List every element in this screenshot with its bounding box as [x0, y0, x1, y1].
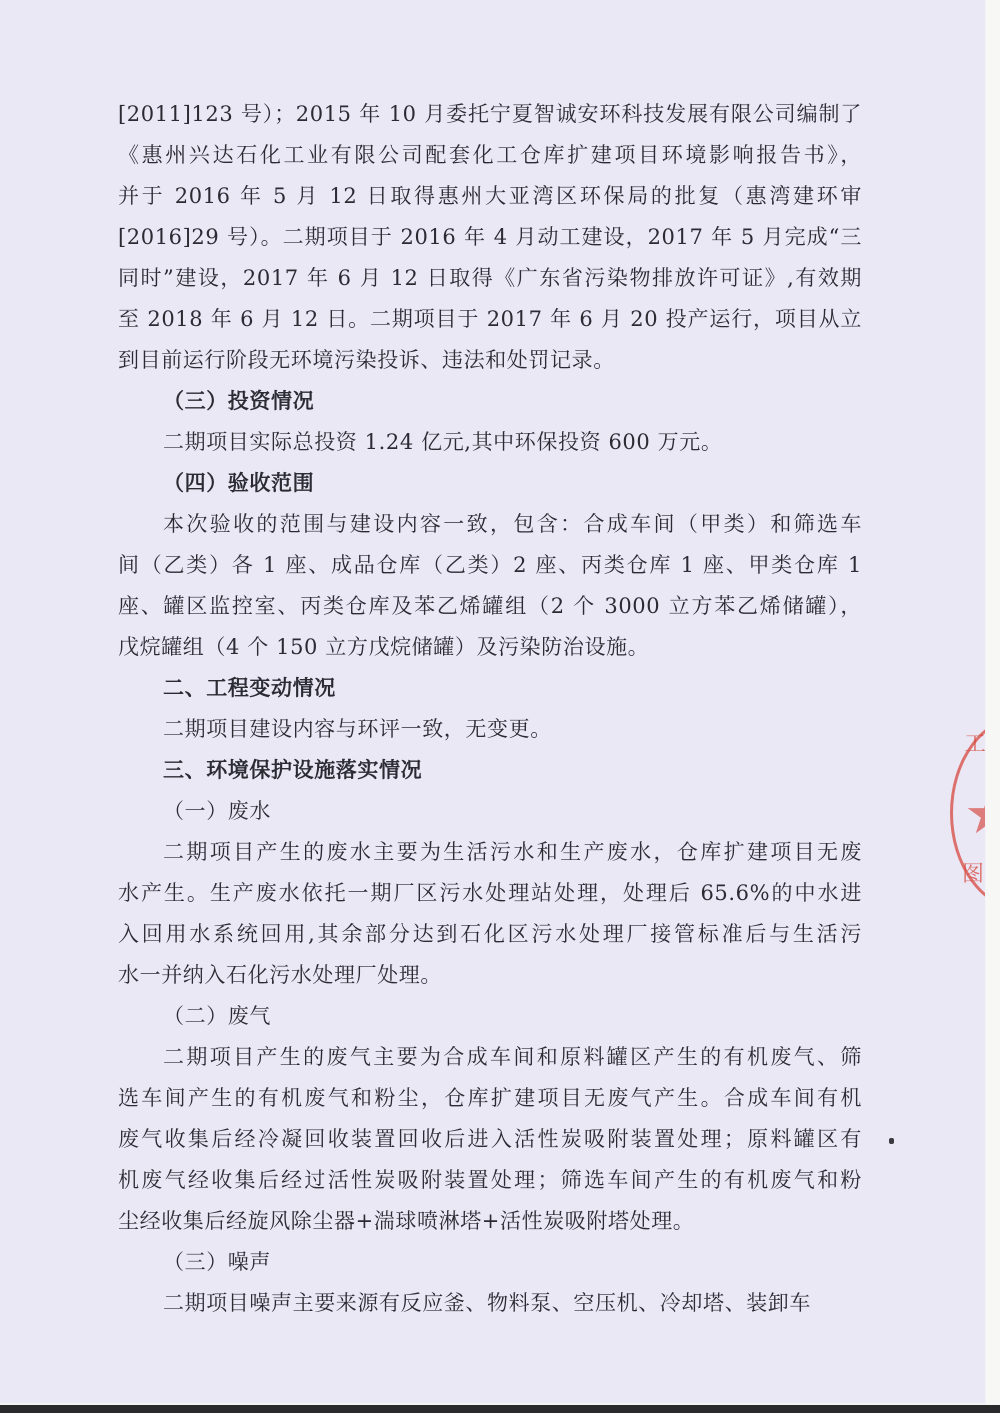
document-body: [2011]123 号）；2015 年 10 月委托宁夏智诚安环科技发展有限公司…: [118, 94, 862, 1324]
text-line: 本次验收的范围与建设内容一致，包含：合成车间（甲类）和筛选车: [118, 504, 862, 545]
text-line: 座、罐区监控室、丙类仓库及苯乙烯罐组（2 个 3000 立方苯乙烯储罐），: [118, 586, 862, 627]
text-line: [2011]123 号）；2015 年 10 月委托宁夏智诚安环科技发展有限公司…: [118, 94, 862, 135]
text-line: 到目前运行阶段无环境污染投诉、违法和处罚记录。: [118, 340, 862, 381]
subsection-heading-wastewater: （一）废水: [118, 791, 862, 832]
text-line: 二期项目建设内容与环评一致，无变更。: [118, 709, 862, 750]
text-line: 二期项目实际总投资 1.24 亿元,其中环保投资 600 万元。: [118, 422, 862, 463]
scanner-margin-right: [986, 0, 1000, 1405]
section-heading-acceptance-scope: （四）验收范围: [118, 463, 862, 504]
star-icon: ★: [964, 787, 985, 843]
text-line: 水产生。生产废水依托一期厂区污水处理站处理，处理后 65.6%的中水进: [118, 873, 862, 914]
text-line: 《惠州兴达石化工业有限公司配套化工仓库扩建项目环境影响报告书》，: [118, 135, 862, 176]
company-seal-stamp: ★ 工 图: [950, 715, 985, 910]
section-heading-environmental-facilities: 三、环境保护设施落实情况: [118, 750, 862, 791]
text-line: 二期项目产生的废水主要为生活污水和生产废水，仓库扩建项目无废: [118, 832, 862, 873]
text-line: 同时”建设，2017 年 6 月 12 日取得《广东省污染物排放许可证》,有效期: [118, 258, 862, 299]
text-line: [2016]29 号）。二期项目于 2016 年 4 月动工建设，2017 年 …: [118, 217, 862, 258]
text-line: 机废气经收集后经过活性炭吸附装置处理；筛选车间产生的有机废气和粉: [118, 1160, 862, 1201]
scanner-edge-bottom: [0, 1405, 1000, 1413]
section-heading-investment: （三）投资情况: [118, 381, 862, 422]
text-line: 废气收集后经冷凝回收装置回收后进入活性炭吸附装置处理；原料罐区有: [118, 1119, 862, 1160]
subsection-heading-noise: （三）噪声: [118, 1242, 862, 1283]
text-line: 入回用水系统回用,其余部分达到石化区污水处理厂接管标准后与生活污: [118, 914, 862, 955]
text-line: 并于 2016 年 5 月 12 日取得惠州大亚湾区环保局的批复（惠湾建环审: [118, 176, 862, 217]
scan-speck: [889, 1138, 894, 1144]
section-heading-engineering-changes: 二、工程变动情况: [118, 668, 862, 709]
text-line: 二期项目噪声主要来源有反应釜、物料泵、空压机、冷却塔、装卸车: [118, 1283, 862, 1324]
text-line: 间（乙类）各 1 座、成品仓库（乙类）2 座、丙类仓库 1 座、甲类仓库 1: [118, 545, 862, 586]
text-line: 选车间产生的有机废气和粉尘，仓库扩建项目无废气产生。合成车间有机: [118, 1078, 862, 1119]
text-line: 戊烷罐组（4 个 150 立方戊烷储罐）及污染防治设施。: [118, 627, 862, 668]
subsection-heading-exhaust-gas: （二）废气: [118, 996, 862, 1037]
seal-char-top: 工: [964, 727, 985, 758]
seal-char-bottom: 图: [962, 857, 984, 888]
text-line: 至 2018 年 6 月 12 日。二期项目于 2017 年 6 月 20 投产…: [118, 299, 862, 340]
text-line: 尘经收集后经旋风除尘器+湍球喷淋塔+活性炭吸附塔处理。: [118, 1201, 862, 1242]
text-line: 水一并纳入石化污水处理厂处理。: [118, 955, 862, 996]
scanned-page: [2011]123 号）；2015 年 10 月委托宁夏智诚安环科技发展有限公司…: [0, 0, 985, 1403]
text-line: 二期项目产生的废气主要为合成车间和原料罐区产生的有机废气、筛: [118, 1037, 862, 1078]
